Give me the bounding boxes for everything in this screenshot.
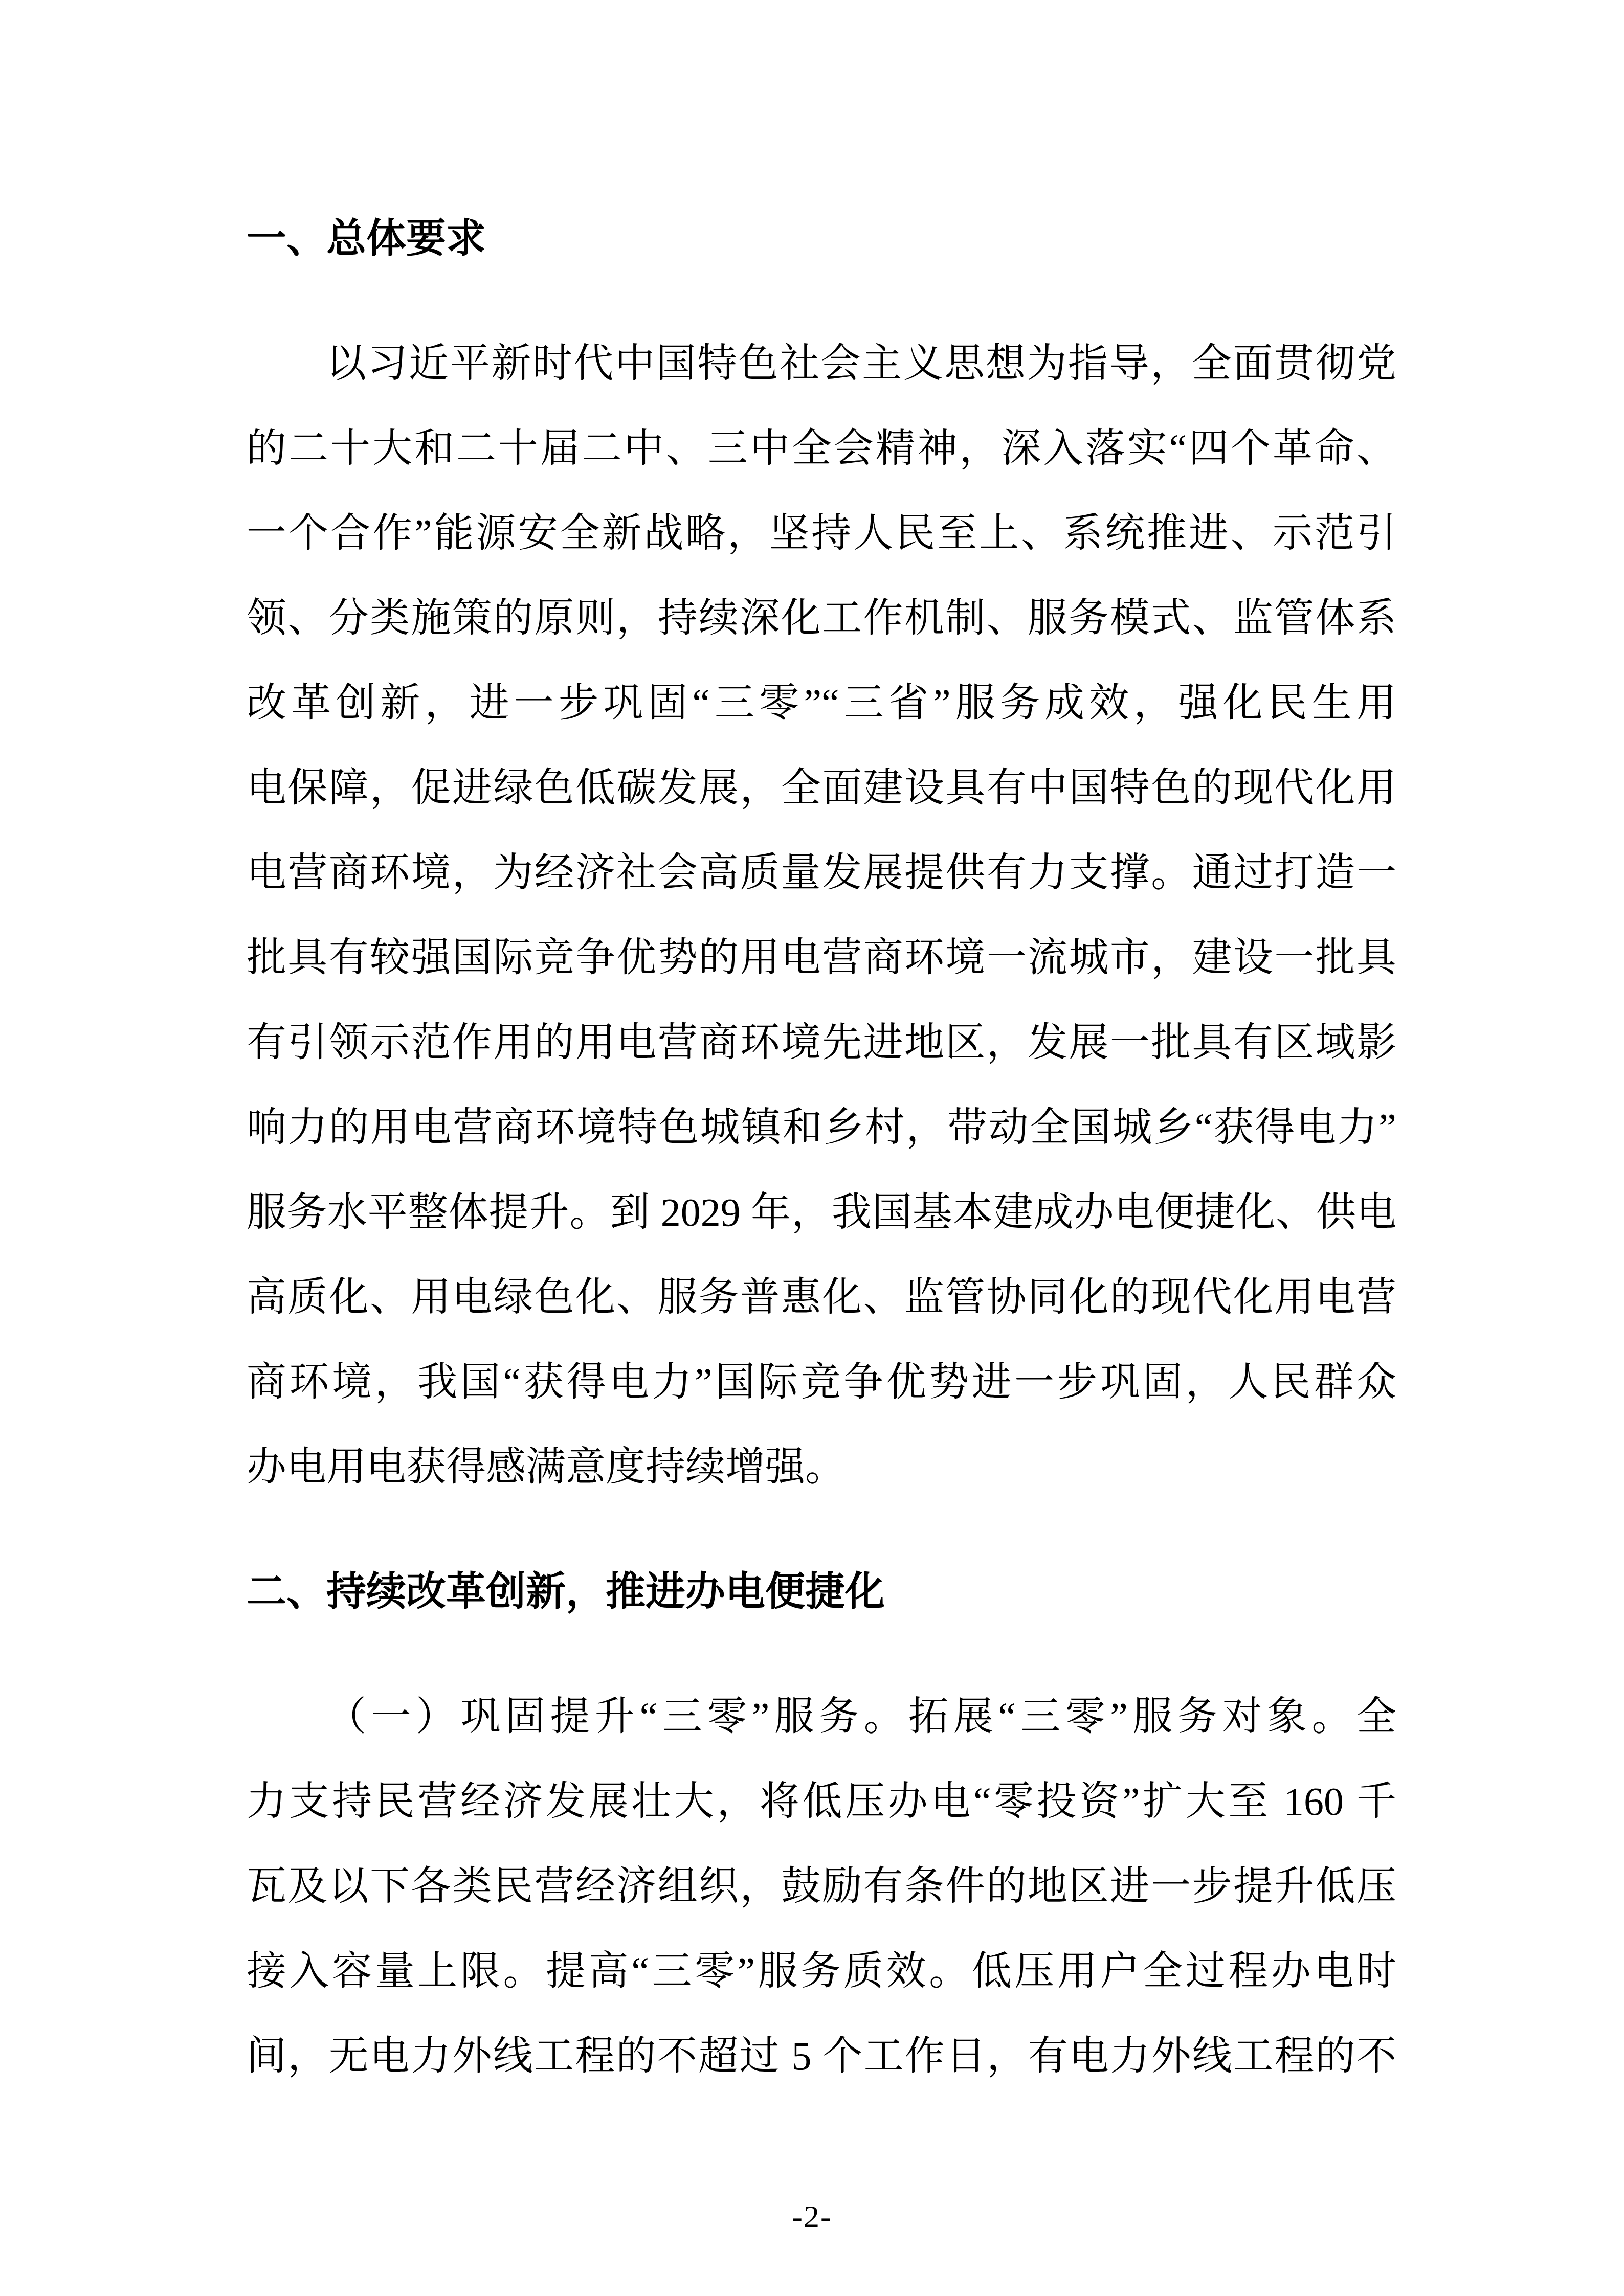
page-number: -2- xyxy=(0,2199,1624,2235)
body-line: 服务水平整体提升。到 2029 年，我国基本建成办电便捷化、供电 xyxy=(247,1170,1396,1255)
body-line: 以习近平新时代中国特色社会主义思想为指导，全面贯彻党 xyxy=(247,321,1396,406)
body-line: 商环境，我国“获得电力”国际竞争优势进一步巩固，人民群众 xyxy=(247,1340,1396,1425)
body-line: 电营商环境，为经济社会高质量发展提供有力支撑。通过打造一 xyxy=(247,830,1396,915)
body-line: 间，无电力外线工程的不超过 5 个工作日，有电力外线工程的不 xyxy=(247,2014,1396,2099)
document-page: 一、总体要求以习近平新时代中国特色社会主义思想为指导，全面贯彻党的二十大和二十届… xyxy=(0,0,1624,2296)
paragraph: （一）巩固提升“三零”服务。拓展“三零”服务对象。全力支持民营经济发展壮大，将低… xyxy=(247,1674,1396,2099)
body-line: 的二十大和二十届二中、三中全会精神，深入落实“四个革命、 xyxy=(247,406,1396,491)
body-line: 有引领示范作用的用电营商环境先进地区，发展一批具有区域影 xyxy=(247,1000,1396,1085)
body-line: 高质化、用电绿色化、服务普惠化、监管协同化的现代化用电营 xyxy=(247,1255,1396,1340)
paragraph: 以习近平新时代中国特色社会主义思想为指导，全面贯彻党的二十大和二十届二中、三中全… xyxy=(247,321,1396,1510)
body-line: 改革创新，进一步巩固“三零”“三省”服务成效，强化民生用 xyxy=(247,661,1396,746)
body-line: 力支持民营经济发展壮大，将低压办电“零投资”扩大至 160 千 xyxy=(247,1759,1396,1844)
document-body: 一、总体要求以习近平新时代中国特色社会主义思想为指导，全面贯彻党的二十大和二十届… xyxy=(247,0,1396,2099)
section-heading: 二、持续改革创新，推进办电便捷化 xyxy=(247,1549,1396,1634)
body-line: 一个合作”能源安全新战略，坚持人民至上、系统推进、示范引 xyxy=(247,491,1396,576)
body-line: （一）巩固提升“三零”服务。拓展“三零”服务对象。全 xyxy=(247,1674,1396,1759)
body-line: 办电用电获得感满意度持续增强。 xyxy=(247,1425,1396,1510)
body-line: 电保障，促进绿色低碳发展，全面建设具有中国特色的现代化用 xyxy=(247,746,1396,830)
body-line: 接入容量上限。提高“三零”服务质效。低压用户全过程办电时 xyxy=(247,1929,1396,2014)
body-line: 领、分类施策的原则，持续深化工作机制、服务模式、监管体系 xyxy=(247,576,1396,661)
section-heading: 一、总体要求 xyxy=(247,196,1396,281)
body-line: 瓦及以下各类民营经济组织，鼓励有条件的地区进一步提升低压 xyxy=(247,1844,1396,1929)
body-line: 响力的用电营商环境特色城镇和乡村，带动全国城乡“获得电力” xyxy=(247,1085,1396,1170)
body-line: 批具有较强国际竞争优势的用电营商环境一流城市，建设一批具 xyxy=(247,915,1396,1000)
